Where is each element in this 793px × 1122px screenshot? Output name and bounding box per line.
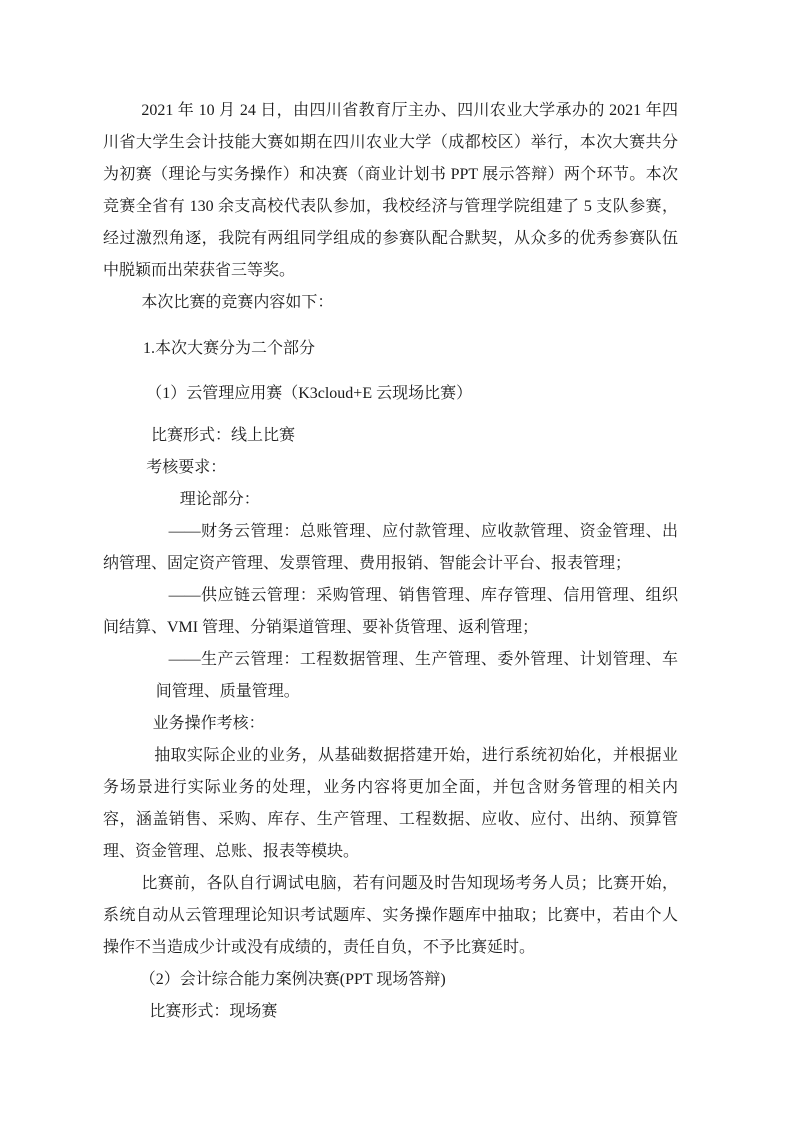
paragraph-intro: 2021 年 10 月 24 日，由四川省教育厅主办、四川农业大学承办的 202…	[103, 95, 678, 287]
paragraph-content-lead: 本次比赛的竞赛内容如下：	[103, 287, 678, 319]
production-cloud-item: ——生产云管理：工程数据管理、生产管理、委外管理、计划管理、车间管理、质量管理。	[103, 644, 678, 708]
assessment-requirements-label: 考核要求：	[103, 452, 678, 484]
competition-rules-description: 比赛前，各队自行调试电脑，若有问题及时告知现场考务人员；比赛开始，系统自动从云管…	[103, 868, 678, 964]
section-1-title: （1）云管理应用赛（K3cloud+E 云现场比赛）	[103, 378, 678, 410]
document-page: 2021 年 10 月 24 日，由四川省教育厅主办、四川农业大学承办的 202…	[0, 0, 793, 1122]
business-operation-description: 抽取实际企业的业务，从基础数据搭建开始，进行系统初始化，并根据业务场景进行实际业…	[103, 740, 678, 868]
supply-chain-cloud-item: ——供应链云管理：采购管理、销售管理、库存管理、信用管理、组织间结算、VMI 管…	[103, 580, 678, 644]
business-operation-label: 业务操作考核：	[103, 708, 678, 740]
theory-part-label: 理论部分：	[103, 484, 678, 516]
competition-format-online: 比赛形式：线上比赛	[103, 420, 678, 452]
section-2-title: （2）会计综合能力案例决赛(PPT 现场答辩)	[103, 964, 678, 996]
list-item-two-parts: 1.本次大赛分为二个部分	[103, 333, 678, 365]
finance-cloud-item: ——财务云管理：总账管理、应付款管理、应收款管理、资金管理、出纳管理、固定资产管…	[103, 516, 678, 580]
competition-format-onsite: 比赛形式：现场赛	[103, 996, 678, 1028]
